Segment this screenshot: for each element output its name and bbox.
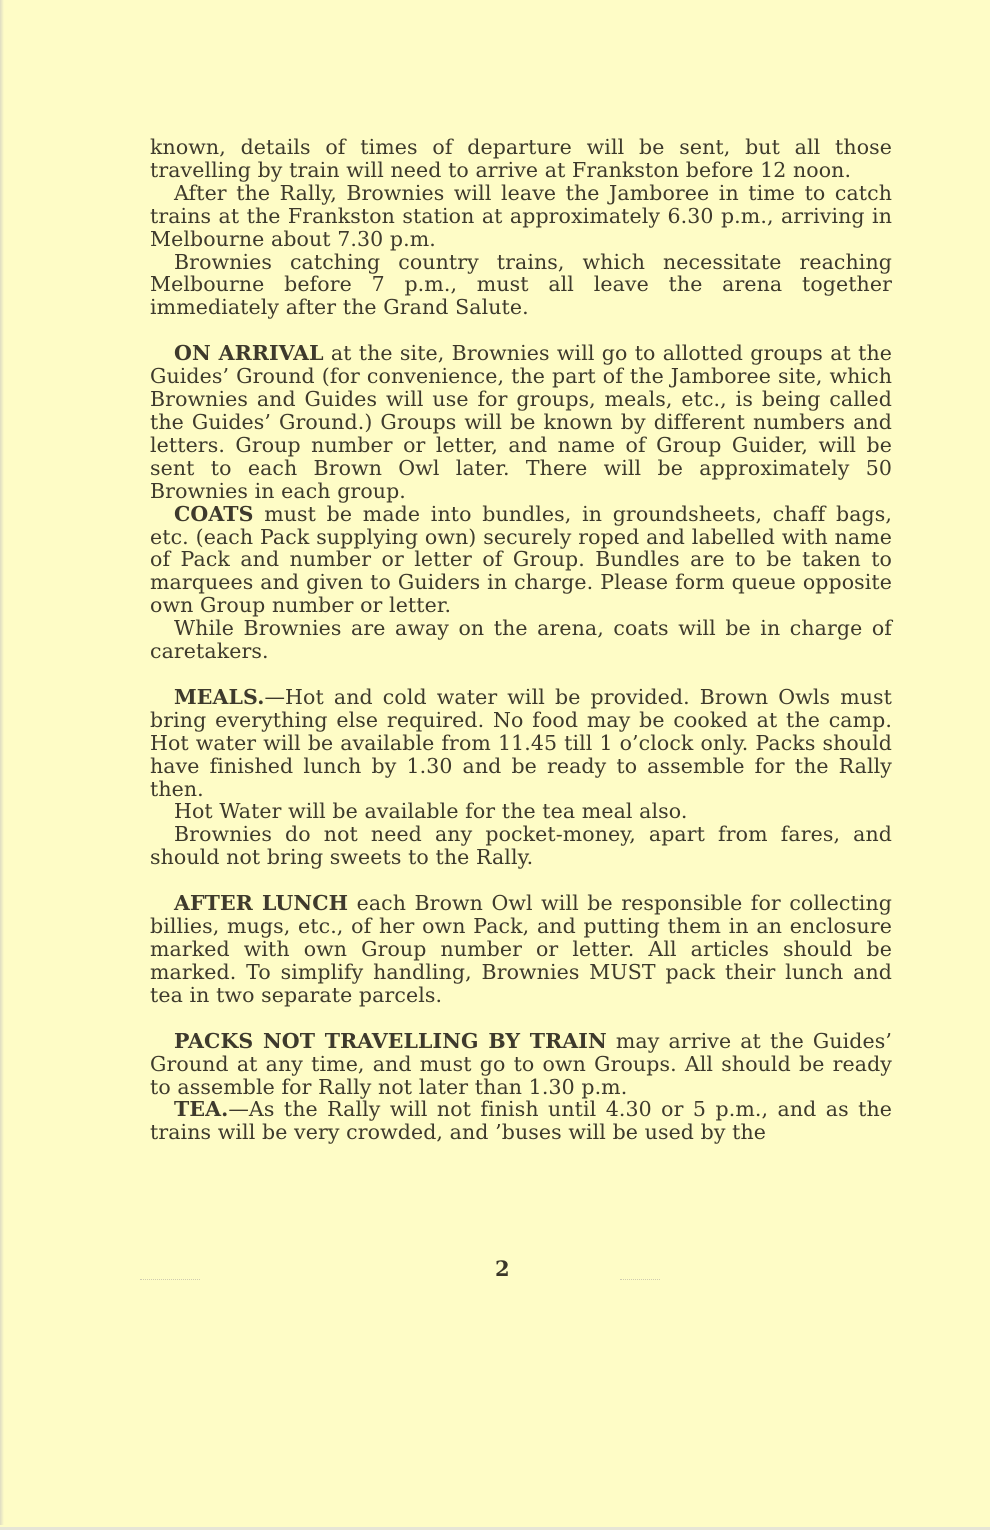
decorative-rule (140, 1279, 200, 1281)
section-spacer (150, 319, 892, 342)
paragraph-hot-water-tea: Hot Water will be available for the tea … (150, 800, 892, 823)
paragraph-packs-not-by-train: PACKS NOT TRAVELLING BY TRAIN may arrive… (150, 1030, 892, 1099)
paragraph-after-rally: After the Rally, Brownies will leave the… (150, 182, 892, 251)
paragraph-tea: TEA.—As the Rally will not finish until … (150, 1098, 892, 1144)
paragraph-text: at the site, Brownies will go to allotte… (150, 341, 892, 502)
paragraph-travel-times: known, details of times of departure wil… (150, 136, 892, 182)
paragraph-text: known, details of times of departure wil… (150, 135, 892, 182)
paragraph-after-lunch: AFTER LUNCH each Brown Owl will be respo… (150, 892, 892, 1007)
section-heading-tea: TEA. (174, 1097, 228, 1121)
paragraph-coats-caretakers: While Brownies are away on the arena, co… (150, 617, 892, 663)
paragraph-text: —As the Rally will not finish until 4.30… (150, 1097, 892, 1144)
section-spacer (150, 1007, 892, 1030)
paragraph-text: Hot Water will be available for the tea … (174, 799, 687, 823)
paragraph-pocket-money: Brownies do not need any pocket-money, a… (150, 823, 892, 869)
section-heading-on-arrival: ON ARRIVAL (174, 341, 324, 365)
section-spacer (150, 869, 892, 892)
page-number: 2 (495, 1256, 510, 1281)
paragraph-text: must be made into bundles, in groundshee… (150, 502, 892, 618)
paragraph-meals: MEALS.—Hot and cold water will be provid… (150, 686, 892, 801)
section-spacer (150, 663, 892, 686)
section-heading-coats: COATS (174, 502, 254, 526)
paragraph-text: Brownies do not need any pocket-money, a… (150, 822, 892, 869)
section-heading-packs-not-travelling: PACKS NOT TRAVELLING BY TRAIN (174, 1029, 607, 1053)
section-heading-after-lunch: AFTER LUNCH (174, 891, 348, 915)
body-text: known, details of times of departure wil… (150, 136, 892, 1144)
paragraph-text: Brownies catching country trains, which … (150, 250, 892, 320)
paragraph-coats: COATS must be made into bundles, in grou… (150, 503, 892, 618)
section-heading-meals: MEALS. (174, 685, 264, 709)
paragraph-country-trains: Brownies catching country trains, which … (150, 251, 892, 320)
document-page: known, details of times of departure wil… (0, 0, 990, 1530)
decorative-rule (620, 1279, 660, 1281)
paragraph-on-arrival: ON ARRIVAL at the site, Brownies will go… (150, 342, 892, 502)
paragraph-text: After the Rally, Brownies will leave the… (150, 181, 892, 251)
paragraph-text: While Brownies are away on the arena, co… (150, 616, 892, 663)
page-edge-shadow (0, 0, 4, 1525)
